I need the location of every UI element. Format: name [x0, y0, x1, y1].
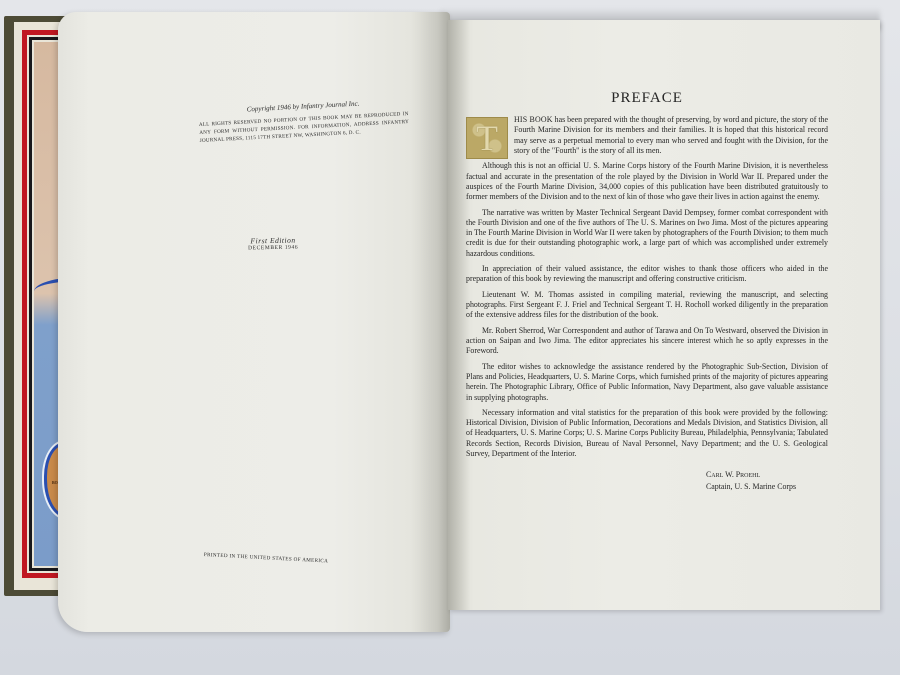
ornamental-drop-cap: T: [466, 117, 508, 159]
signature-title: Captain, U. S. Marine Corps: [706, 481, 828, 493]
paragraph-2: Although this is not an official U. S. M…: [466, 161, 828, 202]
rights-text: All rights reserved no portion of this b…: [199, 110, 410, 145]
edition-date: DECEMBER 1946: [248, 245, 298, 252]
preface: PREFACE THIS BOOK has been prepared with…: [466, 90, 828, 493]
paragraph-1: THIS BOOK has been prepared with the tho…: [466, 115, 828, 156]
paragraph-8: Necessary information and vital statisti…: [466, 408, 828, 459]
preface-title: PREFACE: [466, 90, 828, 107]
signature-name: Carl W. Proehl: [706, 469, 828, 481]
first-words: HIS BOOK: [514, 115, 553, 124]
copyright-block: Copyright 1946 by Infantry Journal Inc. …: [198, 97, 410, 145]
paragraph-5: Lieutenant W. M. Thomas assisted in comp…: [466, 290, 828, 321]
paragraph-6: Mr. Robert Sherrod, War Correspondent an…: [466, 326, 828, 357]
edition-block: First Edition DECEMBER 1946: [248, 236, 298, 252]
right-page: PREFACE THIS BOOK has been prepared with…: [448, 20, 880, 610]
paragraph-3: The narrative was written by Master Tech…: [466, 208, 828, 259]
left-page: Copyright 1946 by Infantry Journal Inc. …: [58, 12, 450, 632]
paragraph-4: In appreciation of their valued assistan…: [466, 264, 828, 285]
paragraph-1-text: has been prepared with the thought of pr…: [514, 115, 828, 155]
drop-cap-letter: T: [467, 118, 507, 158]
paragraph-7: The editor wishes to acknowledge the ass…: [466, 362, 828, 403]
signature-block: Carl W. Proehl Captain, U. S. Marine Cor…: [466, 469, 828, 493]
printed-in-line: PRINTED IN THE UNITED STATES OF AMERICA: [204, 552, 329, 565]
page-fold-shadow: [410, 12, 450, 632]
